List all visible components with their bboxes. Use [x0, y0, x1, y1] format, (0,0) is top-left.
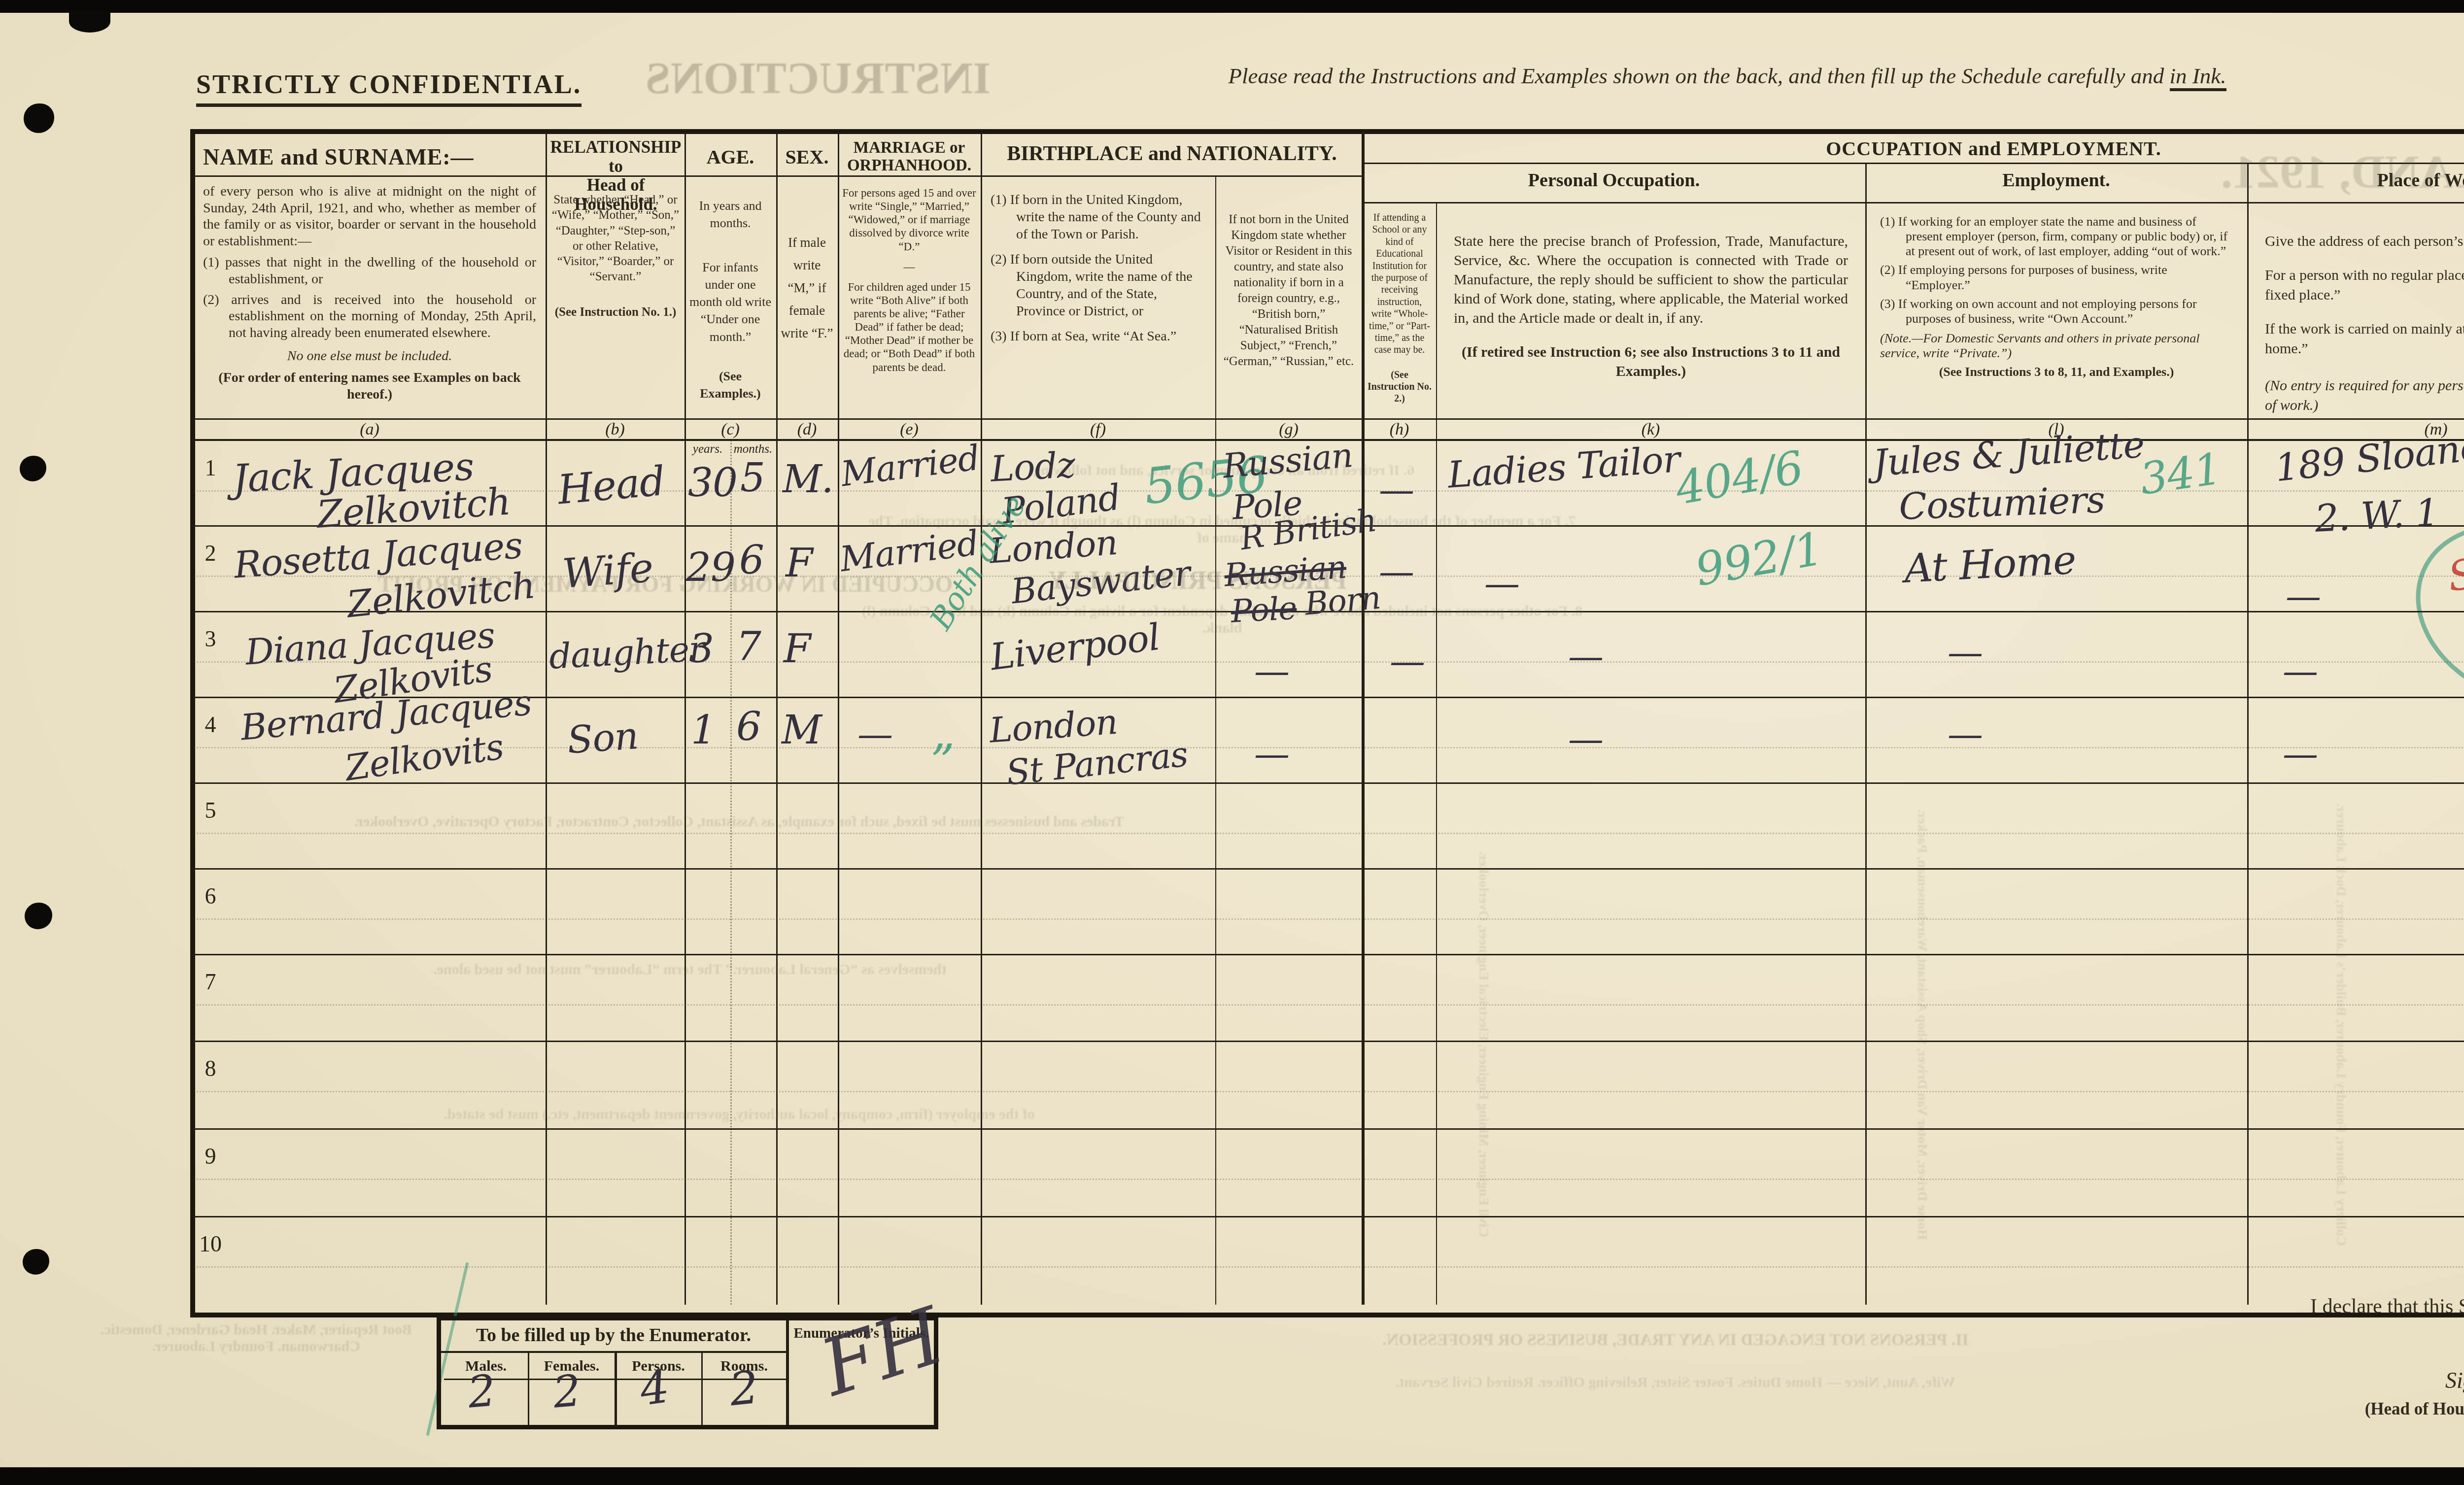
row-border [193, 697, 2464, 698]
col-letter-g: (g) [1216, 420, 1362, 439]
handwriting: — [1948, 632, 1983, 673]
handwriting: — [2283, 650, 2318, 692]
handwriting: M. [783, 457, 833, 502]
col-b-body: State whether “Head,” or “Wife,” “Mother… [551, 192, 680, 285]
handwriting: Son [566, 713, 640, 762]
bleed-through-text: Wife, Aunt, Niece — Home Duties. Foster … [1109, 1374, 2242, 1391]
declaration-text: I declare that this Schedule is correctl… [2310, 1295, 2464, 1318]
handwriting: 3 [689, 626, 714, 672]
years-subheader: years. [686, 442, 729, 456]
row-number: 5 [194, 797, 227, 823]
handwriting: daughter [548, 628, 706, 676]
row-dotted-guide [193, 1179, 2464, 1180]
handwriting: — [1390, 641, 1425, 682]
signature-label: Signature [2445, 1367, 2464, 1393]
instruction-text: Please read the Instructions and Example… [1228, 64, 2169, 88]
census-schedule-scan: STRICTLY CONFIDENTIAL. Please read the I… [0, 0, 2464, 1485]
row-dotted-guide [193, 918, 2464, 920]
col-c-text: In years and months. For infants under o… [687, 197, 773, 402]
row-dotted-guide [193, 1266, 2464, 1268]
header-rule [193, 175, 1363, 177]
column-rule [1436, 202, 1437, 1305]
col-c-body1: In years and months. [687, 197, 773, 232]
handwriting: 2 [551, 1365, 582, 1417]
handwriting: 7 [736, 623, 761, 669]
col-letter-c: (c) [685, 420, 776, 439]
col-g-text: If not born in the United Kingdom state … [1222, 212, 1355, 370]
bleed-through-text: Boot Repairer, Maker. Head Gardener, Dom… [94, 1321, 419, 1355]
bleed-through-text: Horse Driver, Motor Van Driver, Shop Ass… [1914, 810, 1930, 1240]
handwriting: — [2283, 733, 2318, 775]
col-letter-k: (k) [1437, 420, 1865, 439]
scan-edge-bottom [0, 1467, 2464, 1485]
col-m-p2: For a person with no regular place of wo… [2265, 266, 2464, 305]
fill-in-ink-instruction: Please read the Instructions and Example… [1025, 63, 2430, 89]
declaration-subtext: (Head of Household, Manager of Establish… [2331, 1399, 2464, 1419]
handwriting: At Home [1903, 537, 2077, 592]
header-rule [193, 418, 2464, 420]
handwriting: 2. W. 1 [2314, 490, 2439, 540]
col-letter-f: (f) [981, 420, 1215, 439]
col-l-text: (1) If working for an employer state the… [1880, 214, 2233, 380]
col-letter-e: (e) [838, 420, 980, 439]
col-a-note: No one else must be included. [203, 348, 536, 365]
handwriting: — [1254, 733, 1289, 775]
personal-occupation-subheader: Personal Occupation. [1363, 169, 1865, 191]
row-number: 4 [194, 711, 227, 738]
col-f-text: (1) If born in the United Kingdom, write… [991, 191, 1205, 345]
row-dotted-guide [193, 661, 2464, 663]
row-number: 8 [194, 1055, 227, 1081]
bleed-through-text: of the employer (firm, company, local au… [345, 1106, 1133, 1123]
column-rule [1865, 163, 1867, 1305]
handwriting: 1 [691, 707, 716, 753]
bleed-through-text: OCCUPIED IN WORKING FOR PAYMENT OR PROFI… [378, 571, 953, 597]
row-border [193, 1216, 2464, 1217]
col-h-see: (See Instruction No. 2.) [1367, 369, 1432, 405]
bleed-through-text: Civil Engineer, Mining Engineer, Electri… [1475, 852, 1491, 1238]
col-f-item3: (3) If born at Sea, write “At Sea.” [991, 328, 1205, 345]
birthplace-banner: BIRTHPLACE and NATIONALITY. [982, 142, 1362, 166]
months-subheader: months. [731, 442, 775, 456]
bleed-through-text: 7. For a member of the household who is … [853, 513, 1592, 546]
handwriting: 6 [736, 704, 761, 749]
col-l-item2: (2) If employing persons for purposes of… [1880, 263, 2233, 292]
col-e-p2: For children aged under 15 write “Both A… [842, 280, 977, 374]
col-letter-h: (h) [1363, 420, 1436, 439]
col-e-text: For persons aged 15 and over write “Sing… [842, 186, 977, 374]
bleed-through-text: CENSUS ENGLAND, 1921. [2221, 144, 2464, 199]
handwriting: 2 [727, 1361, 760, 1416]
row-border [193, 868, 2464, 870]
bleed-through-text: PERSONS PRINCIPALLY [1048, 566, 1346, 595]
handwriting: — [1568, 636, 1603, 677]
row-number: 10 [194, 1231, 227, 1257]
col-h-body: If attending a School or any kind of Edu… [1367, 212, 1432, 356]
row-dotted-guide [193, 747, 2464, 748]
col-d-title: SEX. [776, 145, 838, 169]
handwriting: M [782, 707, 821, 753]
scan-blemish [69, 11, 110, 33]
bleed-through-text: Colliery Labourer, Foundry Labourer, Bui… [2333, 804, 2349, 1246]
col-k-note: (If retired see Instruction 6; see also … [1454, 342, 1848, 381]
handwriting: — [1568, 718, 1603, 760]
col-letter-b: (b) [546, 420, 684, 439]
col-letter-d: (d) [777, 420, 837, 439]
col-a-order-note: (For order of entering names see Example… [203, 370, 536, 403]
confidential-heading: STRICTLY CONFIDENTIAL. [196, 69, 582, 107]
handwriting: ” [930, 734, 954, 789]
row-border [193, 1128, 2464, 1130]
col-f-item1: (1) If born in the United Kingdom, write… [991, 191, 1205, 243]
bleed-through-text: 6. If retired from an occupation or serv… [853, 462, 1592, 479]
col-c-body2: For infants under one month old write “U… [687, 259, 773, 345]
divider [615, 1353, 617, 1425]
col-a-item1: (1) passes that night in the dwelling of… [203, 254, 536, 287]
handwriting: — [1484, 563, 1519, 604]
col-c-title: AGE. [684, 145, 776, 169]
col-l-note: (Note.—For Domestic Servants and others … [1880, 331, 2233, 361]
col-e-p1: For persons aged 15 and over write “Sing… [842, 186, 977, 253]
col-l-see: (See Instructions 3 to 8, 11, and Exampl… [1880, 365, 2233, 379]
col-e-separator: — [842, 260, 977, 273]
handwriting: — [857, 713, 892, 755]
col-b-title-line1: RELATIONSHIP to [547, 138, 684, 176]
row-number: 1 [194, 455, 227, 481]
col-a-title: NAME and SURNAME:— [203, 144, 538, 170]
row-number: 3 [194, 626, 227, 652]
handwriting: Head [556, 458, 667, 514]
handwriting: — [1379, 551, 1414, 592]
row-dotted-guide [193, 490, 2464, 492]
col-l-item3: (3) If working on own account and not em… [1880, 297, 2233, 326]
col-a-text: of every person who is alive at midnight… [203, 183, 536, 403]
row-border [193, 782, 2464, 784]
row-dotted-guide [193, 1091, 2464, 1092]
col-h-text: If attending a School or any kind of Edu… [1367, 212, 1432, 405]
col-k-body: State here the precise branch of Profess… [1454, 232, 1848, 328]
col-m-note: (No entry is required for any person who… [2265, 376, 2464, 416]
divider [441, 1351, 786, 1353]
scan-edge-top [0, 0, 2464, 13]
row-border [193, 1041, 2464, 1042]
handwriting: 5 [740, 455, 765, 501]
handwriting: 2 [466, 1365, 497, 1417]
row-border [193, 954, 2464, 955]
col-b-text: State whether “Head,” or “Wife,” “Mother… [551, 192, 680, 320]
col-f-item2: (2) If born outside the United Kingdom, … [991, 251, 1205, 320]
row-number: 9 [194, 1143, 227, 1169]
row-number: 2 [194, 540, 227, 566]
row-dotted-guide [193, 833, 2464, 834]
row-dotted-guide [193, 1004, 2464, 1006]
handwriting: — [2286, 575, 2321, 617]
divider [701, 1353, 703, 1425]
row-number: 6 [194, 883, 227, 909]
col-m-p1: Give the address of each person’s place … [2265, 232, 2464, 252]
handwriting: — [1948, 713, 1983, 755]
col-a-item2: (2) arrives and is received into the hou… [203, 292, 536, 341]
employment-subheader: Employment. [1865, 169, 2247, 191]
bleed-through-text: themselves as “General Labourer.” The te… [320, 961, 1060, 978]
handwriting: 30 [688, 460, 737, 506]
handwriting: — [1254, 650, 1289, 692]
column-rule [2247, 163, 2249, 1305]
col-d-text: If male write “M,” if female write “F.” [779, 232, 835, 344]
col-letter-a: (a) [276, 420, 463, 439]
handwriting: F [784, 626, 811, 672]
instruction-ink-emphasis: in Ink. [2170, 64, 2226, 91]
col-k-text: State here the precise branch of Profess… [1454, 232, 1848, 381]
col-l-item1: (1) If working for an employer state the… [1880, 214, 2233, 259]
handwriting: Costumiers [1898, 478, 2105, 528]
bleed-through-text: II. PERSONS NOT ENGAGED IN ANY TRADE, BU… [1109, 1331, 2242, 1350]
enumerator-box-title: To be filled up by the Enumerator. [441, 1324, 786, 1346]
col-b-see: (See Instruction No. 1.) [551, 304, 680, 320]
col-a-intro: of every person who is alive at midnight… [203, 183, 536, 249]
column-rule [1215, 175, 1216, 1305]
col-c-see: (See Examples.) [687, 368, 773, 402]
col-e-title: MARRIAGE or ORPHANHOOD. [839, 139, 980, 175]
col-m-text: Give the address of each person’s place … [2265, 232, 2464, 416]
col-m-p3: If the work is carried on mainly at home… [2265, 319, 2464, 359]
bleed-through-text: INSTRUCTIONS [646, 52, 991, 104]
row-number: 7 [194, 969, 227, 995]
divider [528, 1353, 529, 1425]
header-rule [1363, 202, 2464, 203]
bleed-through-text: Trades and businesses must be fixed, suc… [345, 813, 1133, 830]
bleed-through-text: 8. For other persons not included above … [853, 603, 1592, 637]
